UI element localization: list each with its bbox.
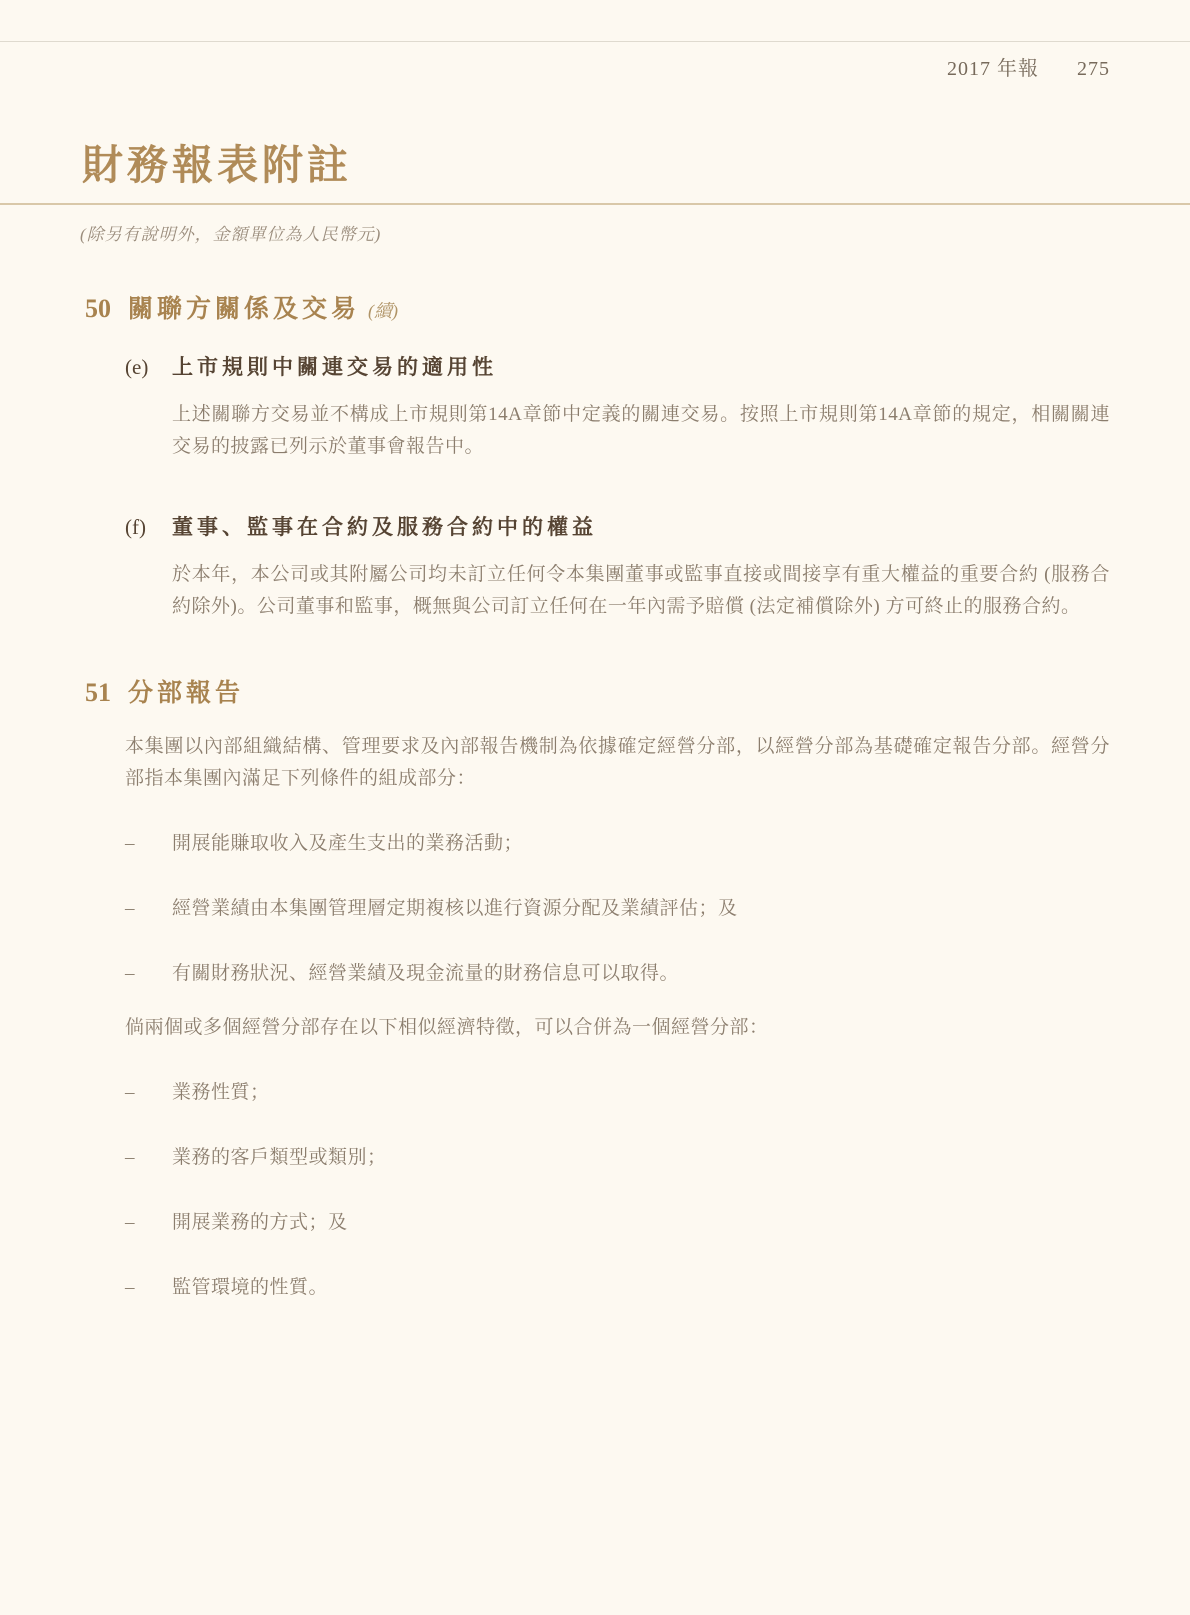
section-title: 分部報告: [128, 673, 244, 709]
list-item: – 有關財務狀況、經營業績及現金流量的財務信息可以取得。: [0, 958, 1190, 990]
subsection-e-paragraph: 上述關聯方交易並不構成上市規則第14A章節中定義的關連交易。按照上市規則第14A…: [172, 399, 1110, 463]
dash-bullet: –: [125, 1207, 172, 1239]
list-item-text: 監管環境的性質。: [172, 1272, 328, 1304]
section-51: 51 分部報告 本集團以內部組織結構、管理要求及內部報告機制為依據確定經營分部，…: [0, 673, 1190, 1304]
subsection-e-heading: (e) 上市規則中關連交易的適用性: [0, 351, 1190, 381]
section-number: 50: [85, 294, 128, 324]
subsection-title: 上市規則中關連交易的適用性: [172, 351, 497, 381]
list-item: – 開展能賺取收入及產生支出的業務活動；: [0, 828, 1190, 860]
section-title: 關聯方關係及交易: [128, 289, 360, 325]
subsection-letter: (f): [125, 515, 172, 540]
subsection-title: 董事、監事在合約及服務合約中的權益: [172, 511, 597, 541]
list-item: – 業務的客戶類型或類別；: [0, 1142, 1190, 1174]
page-title: 財務報表附註: [82, 143, 1190, 188]
list-item-text: 業務的客戶類型或類別；: [172, 1142, 387, 1174]
list-item: – 經營業績由本集團管理層定期複核以進行資源分配及業績評估；及: [0, 893, 1190, 925]
section-continued-note: (續): [368, 297, 398, 323]
section-50: 50 關聯方關係及交易 (續) (e) 上市規則中關連交易的適用性 上述關聯方交…: [0, 289, 1190, 623]
report-page: 2017 年報275 財務報表附註 (除另有說明外，金額單位為人民幣元) 50 …: [0, 41, 1190, 1304]
dash-bullet: –: [125, 893, 172, 925]
section-51-intro: 本集團以內部組織結構、管理要求及內部報告機制為依據確定經營分部，以經營分部為基礎…: [125, 731, 1110, 795]
dash-bullet: –: [125, 1272, 172, 1304]
list-item: – 業務性質；: [0, 1077, 1190, 1109]
currency-note: (除另有說明外，金額單位為人民幣元): [80, 220, 1190, 245]
list-item: – 監管環境的性質。: [0, 1272, 1190, 1304]
subsection-f-paragraph: 於本年，本公司或其附屬公司均未訂立任何令本集團董事或監事直接或間接享有重大權益的…: [172, 559, 1110, 623]
top-divider: [0, 41, 1190, 42]
dash-bullet: –: [125, 1142, 172, 1174]
section-50-heading: 50 關聯方關係及交易 (續): [0, 289, 1190, 325]
list-item: – 開展業務的方式；及: [0, 1207, 1190, 1239]
subsection-f: (f) 董事、監事在合約及服務合約中的權益 於本年，本公司或其附屬公司均未訂立任…: [0, 511, 1190, 623]
list-item-text: 有關財務狀況、經營業績及現金流量的財務信息可以取得。: [172, 958, 679, 990]
page-header: 2017 年報275: [0, 52, 1190, 81]
dash-bullet: –: [125, 828, 172, 860]
title-divider: [0, 203, 1190, 205]
section-51-heading: 51 分部報告: [0, 673, 1190, 709]
section-51-middle-paragraph: 倘兩個或多個經營分部存在以下相似經濟特徵，可以合併為一個經營分部：: [125, 1012, 1110, 1044]
page-number: 275: [1077, 58, 1110, 81]
subsection-letter: (e): [125, 355, 172, 380]
list-item-text: 經營業績由本集團管理層定期複核以進行資源分配及業績評估；及: [172, 893, 738, 925]
subsection-f-heading: (f) 董事、監事在合約及服務合約中的權益: [0, 511, 1190, 541]
section-number: 51: [85, 678, 128, 708]
report-year-label: 2017 年報: [947, 58, 1039, 80]
dash-bullet: –: [125, 1077, 172, 1109]
list-item-text: 開展能賺取收入及產生支出的業務活動；: [172, 828, 523, 860]
subsection-e: (e) 上市規則中關連交易的適用性 上述關聯方交易並不構成上市規則第14A章節中…: [0, 351, 1190, 463]
list-item-text: 開展業務的方式；及: [172, 1207, 348, 1239]
list-item-text: 業務性質；: [172, 1077, 270, 1109]
dash-bullet: –: [125, 958, 172, 990]
